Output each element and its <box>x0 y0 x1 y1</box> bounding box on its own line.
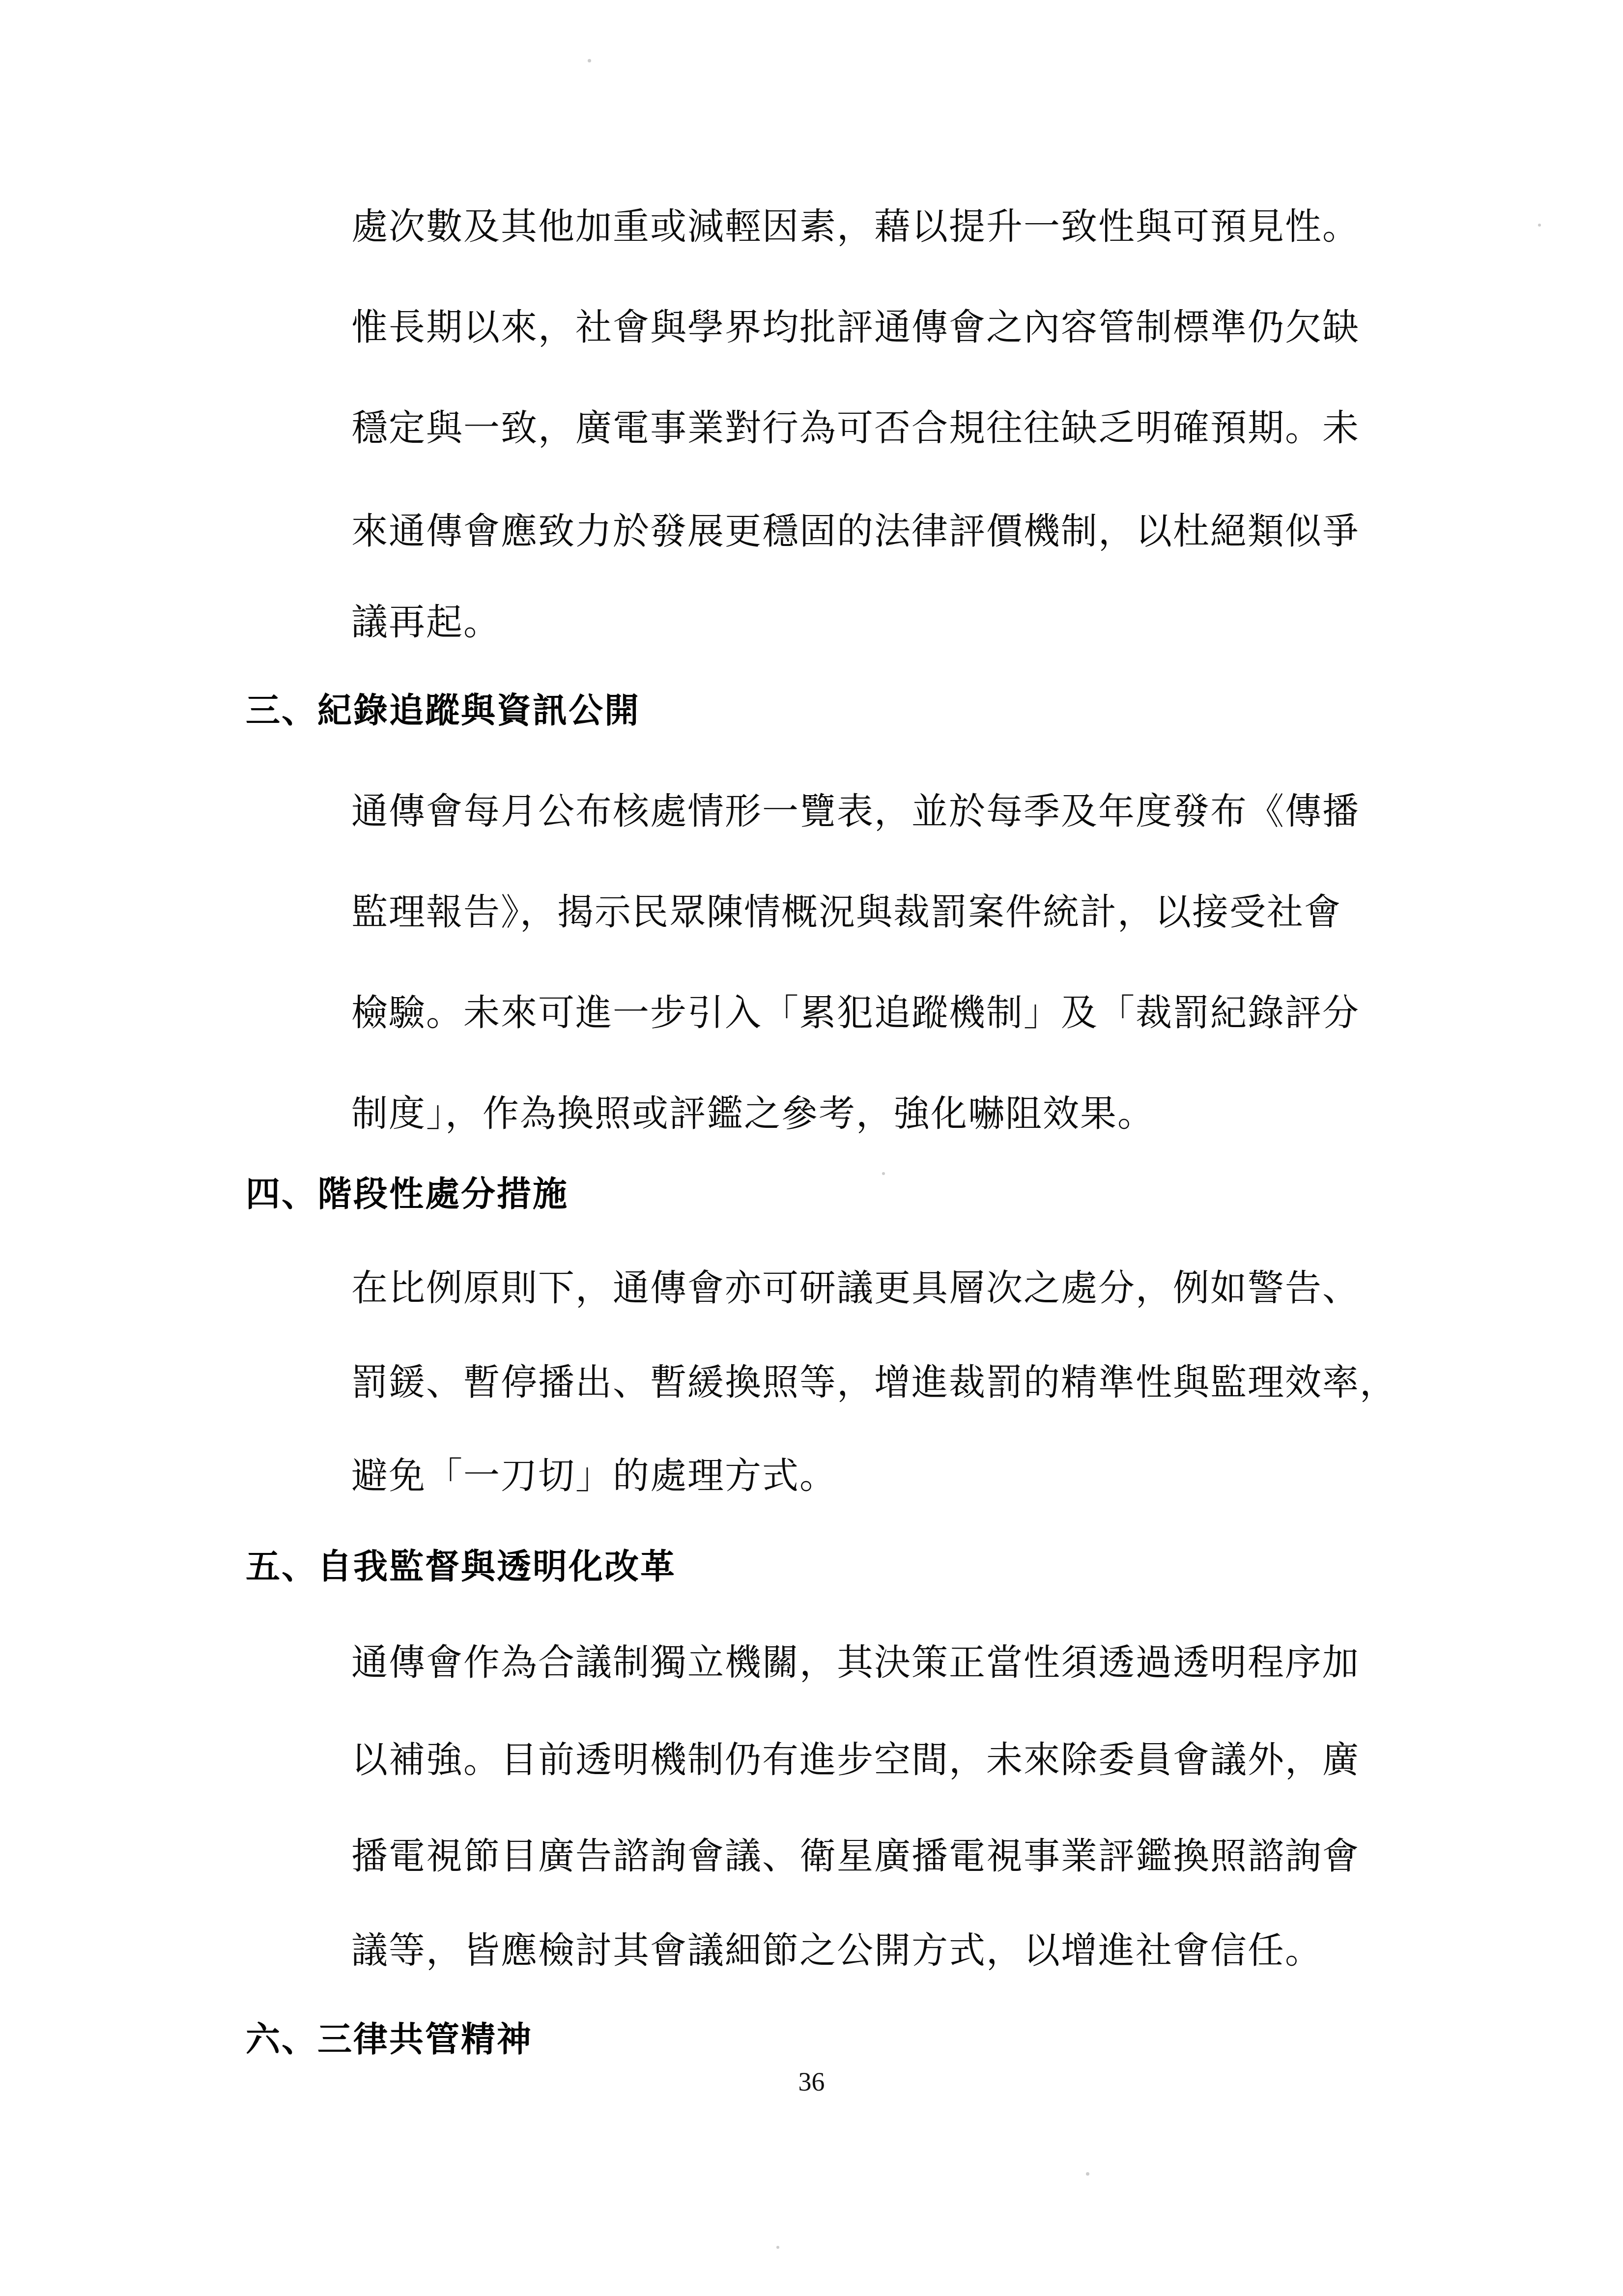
body-line: 議等，皆應檢討其會議細節之公開方式，以增進社會信任。 <box>351 1930 1322 1972</box>
body-line: 以補強。目前透明機制仍有進步空間，未來除委員會議外，廣 <box>351 1740 1360 1781</box>
body-line: 穩定與一致，廣電事業對行為可否合規往往缺乏明確預期。未 <box>351 408 1360 450</box>
body-line: 制度」，作為換照或評鑑之參考，強化嚇阻效果。 <box>351 1093 1155 1135</box>
body-line: 監理報告》，揭示民眾陳情概況與裁罰案件統計，以接受社會 <box>351 892 1341 934</box>
body-line: 播電視節目廣告諮詢會議、衛星廣播電視事業評鑑換照諮詢會 <box>351 1836 1360 1878</box>
section-heading: 四、階段性處分措施 <box>246 1176 569 1215</box>
section-heading: 六、三律共管精神 <box>246 2021 533 2061</box>
body-line: 議再起。 <box>351 602 501 644</box>
body-line: 罰鍰、暫停播出、暫緩換照等，增進裁罰的精準性與監理效率， <box>351 1362 1397 1404</box>
body-line: 通傳會作為合議制獨立機關，其決策正當性須透過透明程序加 <box>351 1642 1360 1684</box>
section-heading: 五、自我監督與透明化改革 <box>246 1548 676 1588</box>
body-line: 處次數及其他加重或減輕因素，藉以提升一致性與可預見性。 <box>351 206 1360 248</box>
scan-speck <box>776 2246 779 2249</box>
scan-speck <box>1538 224 1541 227</box>
page-number: 36 <box>0 2066 1623 2097</box>
section-heading: 三、紀錄追蹤與資訊公開 <box>246 692 640 732</box>
document-page: 處次數及其他加重或減輕因素，藉以提升一致性與可預見性。 惟長期以來，社會與學界均… <box>0 0 1623 2296</box>
body-line: 在比例原則下，通傳會亦可研議更具層次之處分，例如警告、 <box>351 1268 1360 1310</box>
body-line: 通傳會每月公布核處情形一覽表，並於每季及年度發布《傳播 <box>351 791 1360 833</box>
body-line: 避免「一刀切」的處理方式。 <box>351 1456 837 1497</box>
scan-speck <box>1086 2172 1089 2176</box>
scan-speck <box>882 1172 885 1175</box>
body-line: 檢驗。未來可進一步引入「累犯追蹤機制」及「裁罰紀錄評分 <box>351 993 1360 1034</box>
body-line: 來通傳會應致力於發展更穩固的法律評價機制，以杜絕類似爭 <box>351 511 1360 553</box>
scan-speck <box>588 59 591 62</box>
body-line: 惟長期以來，社會與學界均批評通傳會之內容管制標準仍欠缺 <box>351 307 1360 349</box>
